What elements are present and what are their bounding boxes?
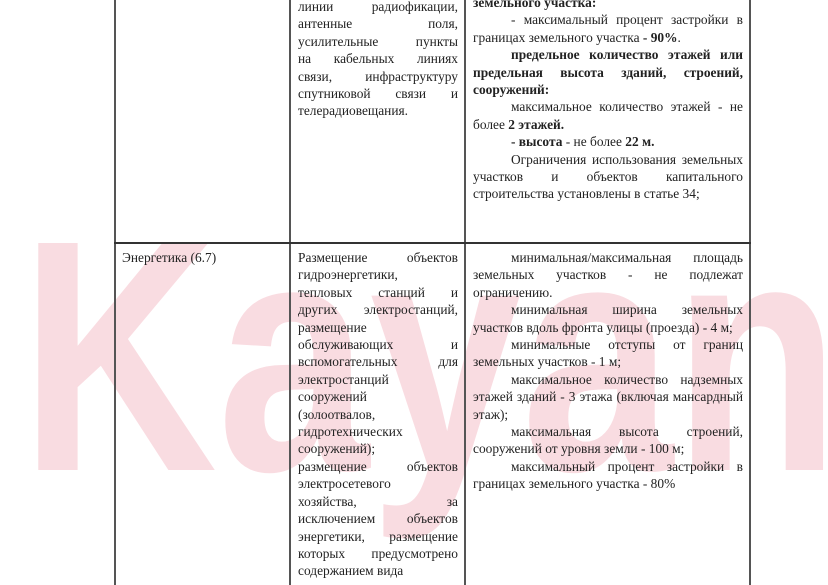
- param-item: минимальная/максимальная площадь земельн…: [473, 249, 743, 301]
- description-line: других электростанций,: [298, 301, 458, 318]
- description-line: тепловых станций и: [298, 284, 458, 301]
- table-border-left: [114, 0, 116, 585]
- description-line: содержанием вида: [298, 562, 458, 579]
- description-line: размещение: [298, 319, 458, 336]
- row-energy-use-name: Энергетика (6.7): [122, 249, 282, 266]
- row-top-params: земельного участка: - максимальный проце…: [473, 0, 743, 203]
- description-line: связи, инфраструктуру: [298, 68, 458, 85]
- description-line: вспомогательных для: [298, 353, 458, 370]
- description-line: на кабельных линиях: [298, 50, 458, 67]
- description-line: обслуживающих и: [298, 336, 458, 353]
- params-heading-tail: земельного участка:: [473, 0, 743, 11]
- param-item: минимальные отступы от границ земельных …: [473, 336, 743, 371]
- description-line: хозяйства, за: [298, 493, 458, 510]
- row-top-description: линии радиофикации,антенные поля,усилите…: [298, 0, 458, 120]
- description-line: гидротехнических: [298, 423, 458, 440]
- param-max-floors: максимальное количество этажей - не боле…: [473, 98, 743, 133]
- description-line: сооружений);: [298, 440, 458, 457]
- description-line: исключением объектов: [298, 510, 458, 527]
- row-divider: [114, 242, 751, 244]
- param-item: максимальный процент застройки в граница…: [473, 458, 743, 493]
- description-line: телерадиовещания.: [298, 102, 458, 119]
- description-line: которых предусмотрено: [298, 545, 458, 562]
- description-line: электросетевого: [298, 475, 458, 492]
- table-border-right: [749, 0, 751, 585]
- description-line: энергетики, размещение: [298, 528, 458, 545]
- description-line: антенные поля,: [298, 15, 458, 32]
- param-item: минимальная ширина земельных участков вд…: [473, 301, 743, 336]
- table-border-col3: [464, 0, 466, 585]
- description-line: электростанций: [298, 371, 458, 388]
- params-floors-heading: предельное количество этажей или предель…: [473, 46, 743, 98]
- description-line: гидроэнергетики,: [298, 266, 458, 283]
- description-line: линии радиофикации,: [298, 0, 458, 15]
- description-line: Размещение объектов: [298, 249, 458, 266]
- description-line: сооружений: [298, 388, 458, 405]
- row-energy-params: минимальная/максимальная площадь земельн…: [473, 249, 743, 493]
- description-line: усилительные пункты: [298, 33, 458, 50]
- row-energy-description: Размещение объектовгидроэнергетики,тепло…: [298, 249, 458, 580]
- zoning-table: линии радиофикации,антенные поля,усилите…: [0, 0, 828, 585]
- param-max-coverage: - максимальный процент застройки в грани…: [473, 11, 743, 46]
- param-item: максимальное количество надземных этажей…: [473, 371, 743, 423]
- description-line: спутниковой связи и: [298, 85, 458, 102]
- description-line: размещение объектов: [298, 458, 458, 475]
- table-border-col2: [289, 0, 291, 585]
- description-line: (золоотвалов,: [298, 406, 458, 423]
- param-item: максимальная высота строений, сооружений…: [473, 423, 743, 458]
- param-restrictions: Ограничения использования земельных учас…: [473, 151, 743, 203]
- param-height: - высота - не более 22 м.: [473, 133, 743, 150]
